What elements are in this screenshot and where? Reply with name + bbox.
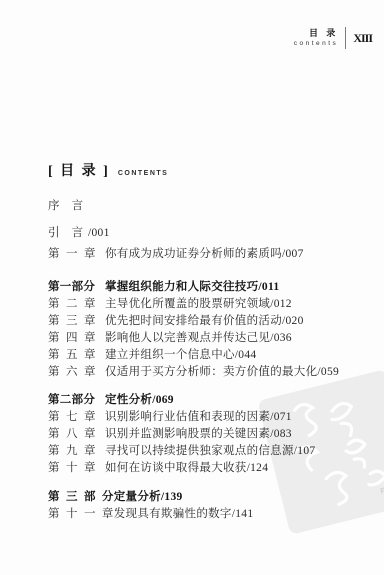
part-title: 定性分析/069 — [105, 394, 174, 406]
toc-entry-chapter-4: 第 四 章影响他人以完善观点并传达己见/036 — [48, 330, 364, 347]
part-title: 掌握组织能力和人际交往技巧/011 — [105, 281, 279, 293]
chapter-number: 第 十 一 章 — [48, 506, 114, 523]
chapter-number: 第 四 章 — [48, 330, 105, 347]
toc-entry-chapter-10: 第 十 章如何在访谈中取得最大收获/124 — [48, 460, 364, 477]
running-head-titles: 目 录 contents — [294, 28, 339, 48]
running-head-title-en: contents — [294, 39, 339, 48]
chapter-number: 第 十 章 — [48, 460, 105, 477]
table-of-contents: [ 目 录 ] CONTENTS 序 言 引 言/001 第 一 章你有成为成功… — [48, 160, 364, 523]
chapter-title: 识别并监测影响股票的关键因素/083 — [105, 428, 292, 440]
chapter-title: 寻找可以持续提供独家观点的信息源/107 — [105, 445, 315, 457]
chapter-number: 第 九 章 — [48, 443, 105, 460]
chapter-title: 识别影响行业估值和表现的因素/071 — [105, 411, 292, 423]
chapter-number: 第 七 章 — [48, 409, 105, 426]
chapter-number: 第 二 章 — [48, 296, 105, 313]
chapter-number: 第 八 章 — [48, 426, 105, 443]
entry-title: /001 — [88, 227, 110, 239]
toc-entry-preface: 序 言 — [48, 198, 364, 215]
chapter-title: 优先把时间安排给最有价值的活动/020 — [105, 315, 304, 327]
toc-entry-chapter-3: 第 三 章优先把时间安排给最有价值的活动/020 — [48, 313, 364, 330]
chapter-title: 发现具有欺骗性的数字/141 — [114, 508, 254, 520]
toc-entry-introduction: 引 言/001 — [48, 225, 364, 242]
part-number: 第二部分 — [48, 392, 105, 409]
entry-label: 序 言 — [48, 198, 88, 215]
chapter-title: 仅适用于买方分析师：卖方价值的最大化/059 — [105, 366, 339, 378]
chapter-number: 第 一 章 — [48, 246, 105, 263]
chapter-number: 第 三 章 — [48, 313, 105, 330]
toc-part-3-heading: 第 三 部 分定量分析/139 — [48, 489, 364, 506]
chapter-title: 影响他人以完善观点并传达己见/036 — [105, 332, 292, 344]
chapter-number: 第 六 章 — [48, 364, 105, 381]
toc-entry-chapter-5: 第 五 章建立并组织一个信息中心/044 — [48, 347, 364, 364]
running-head: 目 录 contents XIII — [294, 27, 372, 49]
toc-entry-chapter-11: 第 十 一 章发现具有欺骗性的数字/141 — [48, 506, 364, 523]
chapter-number: 第 五 章 — [48, 347, 105, 364]
running-head-divider — [345, 27, 346, 49]
toc-page-title: [ 目 录 ] CONTENTS — [48, 160, 364, 180]
chapter-title: 建立并组织一个信息中心/044 — [105, 349, 256, 361]
toc-entry-chapter-7: 第 七 章识别影响行业估值和表现的因素/071 — [48, 409, 364, 426]
toc-entry-chapter-8: 第 八 章识别并监测影响股票的关键因素/083 — [48, 426, 364, 443]
part-number: 第 三 部 分 — [48, 489, 114, 506]
part-title: 定量分析/139 — [114, 491, 183, 503]
chapter-title: 主导优化所覆盖的股票研究领域/012 — [105, 298, 292, 310]
chapter-title: 你有成为成功证券分析师的素质吗/007 — [105, 248, 304, 260]
toc-title-english: CONTENTS — [118, 170, 169, 177]
toc-part-2-heading: 第二部分定性分析/069 — [48, 392, 364, 409]
toc-entry-chapter-6: 第 六 章仅适用于买方分析师：卖方价值的最大化/059 — [48, 364, 364, 381]
running-head-title-cn: 目 录 — [294, 28, 339, 39]
toc-entry-chapter-9: 第 九 章寻找可以持续提供独家观点的信息源/107 — [48, 443, 364, 460]
toc-entry-chapter-2: 第 二 章主导优化所覆盖的股票研究领域/012 — [48, 296, 364, 313]
page-number: XIII — [353, 31, 372, 46]
part-number: 第一部分 — [48, 279, 105, 296]
toc-entry-chapter-1: 第 一 章你有成为成功证券分析师的素质吗/007 — [48, 246, 364, 263]
chapter-title: 如何在访谈中取得最大收获/124 — [105, 462, 268, 474]
toc-part-1-heading: 第一部分掌握组织能力和人际交往技巧/011 — [48, 279, 364, 296]
entry-label: 引 言 — [48, 225, 88, 242]
toc-title-chinese: [ 目 录 ] — [48, 160, 110, 180]
